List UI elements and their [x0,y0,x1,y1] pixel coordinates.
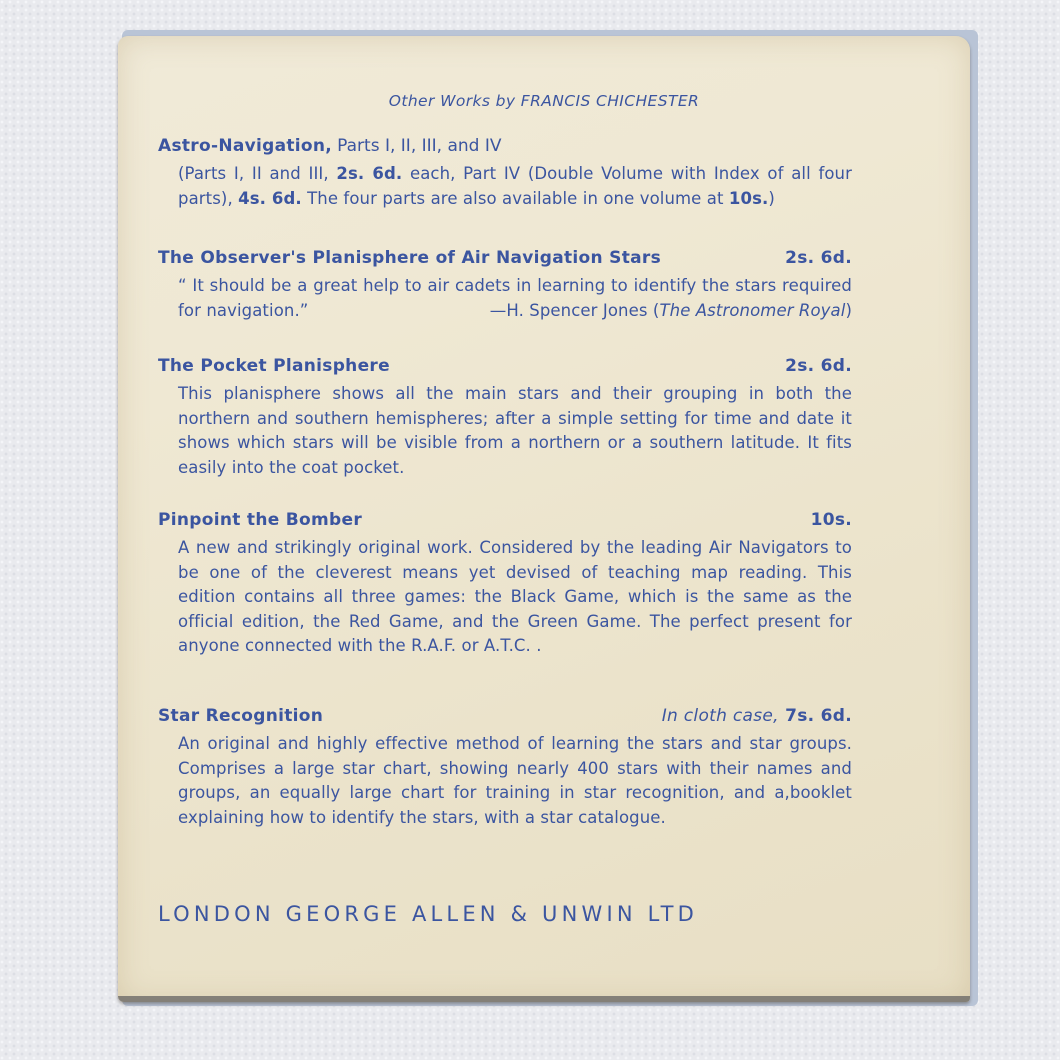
entry-title: Pinpoint the Bomber [158,510,362,530]
entry-body: (Parts I, II and III, 2s. 6d. each, Part… [178,162,852,211]
entry-title: Star Recognition [158,706,323,726]
entry-title: Astro-Navigation, [158,136,332,156]
publisher-imprint: LONDON GEORGE ALLEN & UNWIN LTD [158,902,852,926]
entry-body: A new and strikingly original work. Cons… [178,536,852,659]
entry-price: 2s. 6d. [785,356,852,376]
entry-price: 10s. [811,510,852,530]
entry-pocket-planisphere: The Pocket Planisphere 2s. 6d. This plan… [158,356,852,480]
entry-pinpoint-the-bomber: Pinpoint the Bomber 10s. A new and strik… [158,510,852,659]
entry-star-recognition: Star Recognition In cloth case, 7s. 6d. … [158,706,852,830]
entry-price: 2s. 6d. [785,248,852,268]
entry-title: The Pocket Planisphere [158,356,390,376]
entry-body: An original and highly effective method … [178,732,852,830]
entry-price: In cloth case, 7s. 6d. [662,706,852,726]
entry-body: This planisphere shows all the main star… [178,382,852,480]
entry-astro-navigation: Astro-Navigation, Parts I, II, III, and … [158,136,852,211]
entry-observers-planisphere: The Observer's Planisphere of Air Naviga… [158,248,852,323]
quote-attribution: —H. Spencer Jones (The Astronomer Royal) [490,299,852,324]
entry-quote: “ It should be a great help to air cadet… [178,274,852,323]
entry-subtitle: Parts I, II, III, and IV [337,136,501,156]
entry-title: The Observer's Planisphere of Air Naviga… [158,248,661,268]
dust-jacket-back: Other Works by FRANCIS CHICHESTER Astro-… [118,36,970,1002]
page-header: Other Works by FRANCIS CHICHESTER [118,92,970,110]
